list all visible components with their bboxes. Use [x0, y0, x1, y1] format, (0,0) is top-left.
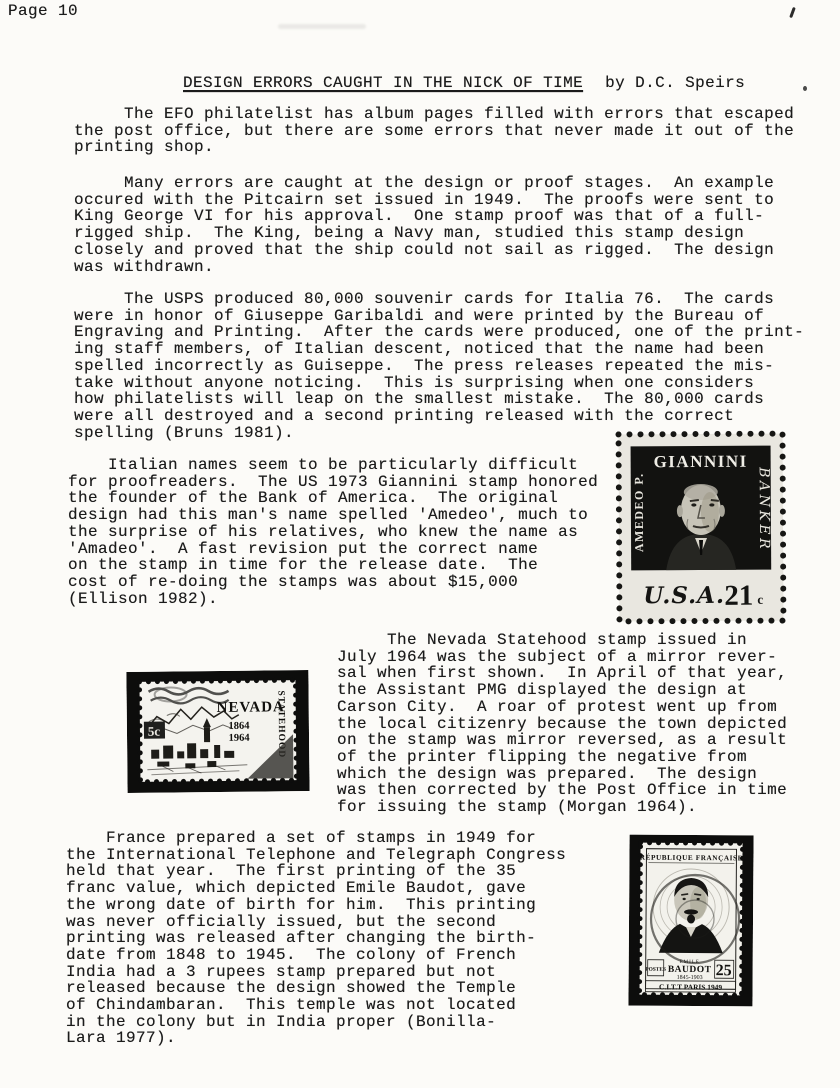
nevada-stamp-image: 5c NEVADA 1864 1964 STATEHOOD — [126, 670, 309, 798]
nevada-year-bottom: 1964 — [228, 733, 250, 744]
nevada-value: 5c — [148, 724, 161, 739]
giannini-name-top: GIANNINI — [653, 452, 747, 471]
giannini-value: 21 — [724, 580, 753, 612]
giannini-stamp-image: GIANNINI AMEDEO P. BANKER U.S.A. 21 c — [615, 431, 786, 630]
article-title: DESIGN ERRORS CAUGHT IN THE NICK OF TIME — [183, 74, 583, 92]
page-number: Page 10 — [8, 3, 78, 20]
paragraph-pitcairn: Many errors are caught at the design or … — [74, 175, 774, 275]
france-stamp-image: RÉPUBLIQUE FRANÇAISE — [628, 835, 753, 1012]
france-footer: C.I.T.T PARIS 1949 — [659, 982, 722, 991]
giannini-value-unit: c — [757, 592, 763, 607]
giannini-stamp: GIANNINI AMEDEO P. BANKER U.S.A. 21 c — [615, 431, 786, 625]
paragraph-giannini: Italian names seem to be particularly di… — [68, 457, 598, 607]
paragraph-nevada: The Nevada Statehood stamp issued in Jul… — [337, 632, 787, 816]
giannini-title-right: BANKER — [756, 466, 772, 552]
france-last-name: BAUDOT — [668, 965, 712, 975]
scan-smudge — [278, 24, 366, 29]
france-postes: POSTES — [645, 967, 666, 973]
france-value: 25 — [716, 962, 732, 979]
france-dates: 1845-1903 — [677, 975, 703, 981]
paragraph-italia76: The USPS produced 80,000 souvenir cards … — [74, 291, 804, 441]
paragraph-france: France prepared a set of stamps in 1949 … — [66, 830, 566, 1047]
article-byline: by D.C. Speirs — [605, 74, 745, 92]
paragraph-intro: The EFO philatelist has album pages fill… — [74, 106, 794, 156]
nevada-state: NEVADA — [217, 699, 285, 716]
scanned-newsletter-page: Page 10 DESIGN ERRORS CAUGHT IN THE NICK… — [0, 0, 840, 1088]
giannini-name-left: AMEDEO P. — [632, 472, 646, 552]
giannini-country: U.S.A. — [643, 582, 725, 609]
nevada-stamp: 5c NEVADA 1864 1964 STATEHOOD — [126, 670, 309, 793]
ink-speck — [789, 7, 796, 18]
ink-speck — [803, 86, 807, 91]
article-heading: DESIGN ERRORS CAUGHT IN THE NICK OF TIME… — [143, 58, 745, 108]
france-stamp: RÉPUBLIQUE FRANÇAISE — [628, 835, 753, 1007]
nevada-year-top: 1864 — [228, 721, 250, 732]
